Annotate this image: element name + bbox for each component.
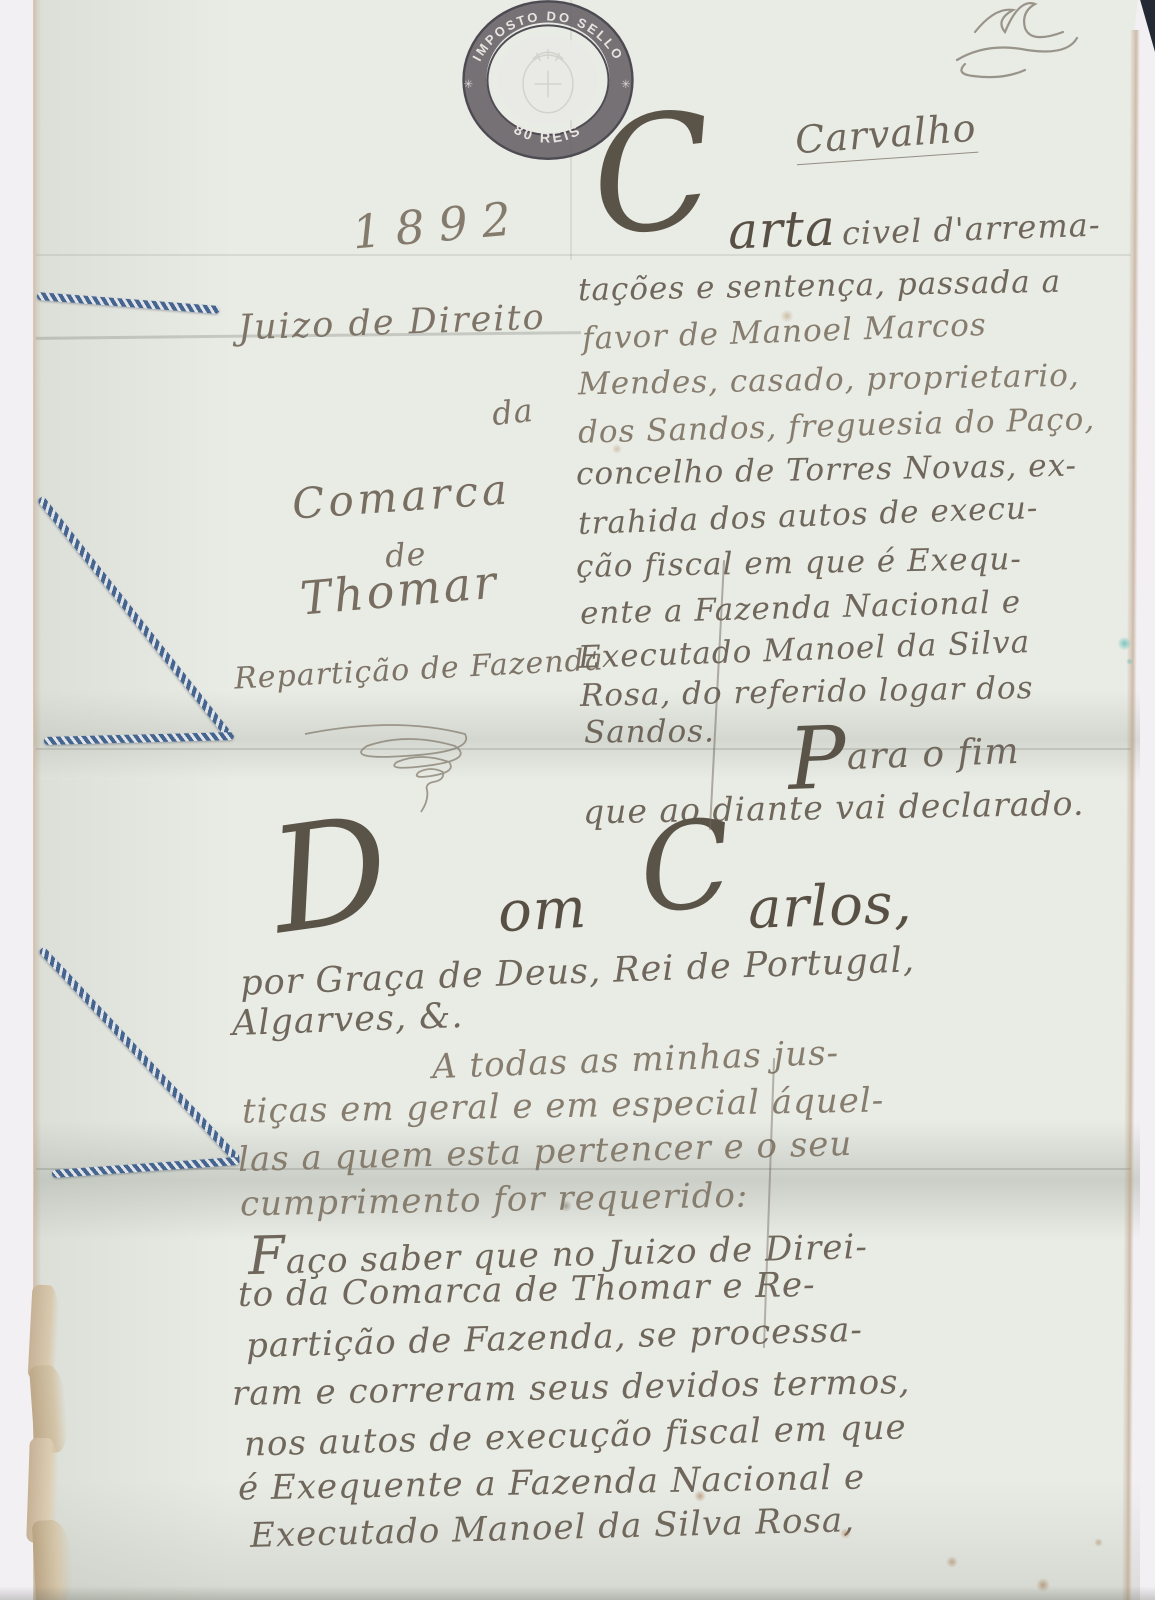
para-rest: ara o fim — [846, 731, 1020, 778]
royal-om: om — [496, 876, 588, 946]
royal-initial-c: C — [635, 815, 736, 920]
royal-initial-d: D — [264, 810, 395, 941]
pencil-scribble — [945, 2, 1120, 87]
heading-word-rest: arta — [727, 199, 837, 261]
heading-rest: civel d'arrema- — [841, 206, 1101, 253]
right-column-line: Sandos. — [584, 713, 715, 750]
heading-initial: C — [586, 106, 719, 244]
margin-line-da: da — [490, 391, 535, 433]
scanned-document: IMPOSTO DO SELLO 80 REIS ✳ ✳ Carvalho 18… — [0, 0, 1155, 1600]
royal-arlos: arlos, — [747, 871, 913, 942]
para-line: Para o fim — [787, 718, 1021, 795]
seal-left-ornament-icon: ✳ — [464, 77, 474, 91]
royal-line3: Algarves, &. — [231, 996, 464, 1044]
